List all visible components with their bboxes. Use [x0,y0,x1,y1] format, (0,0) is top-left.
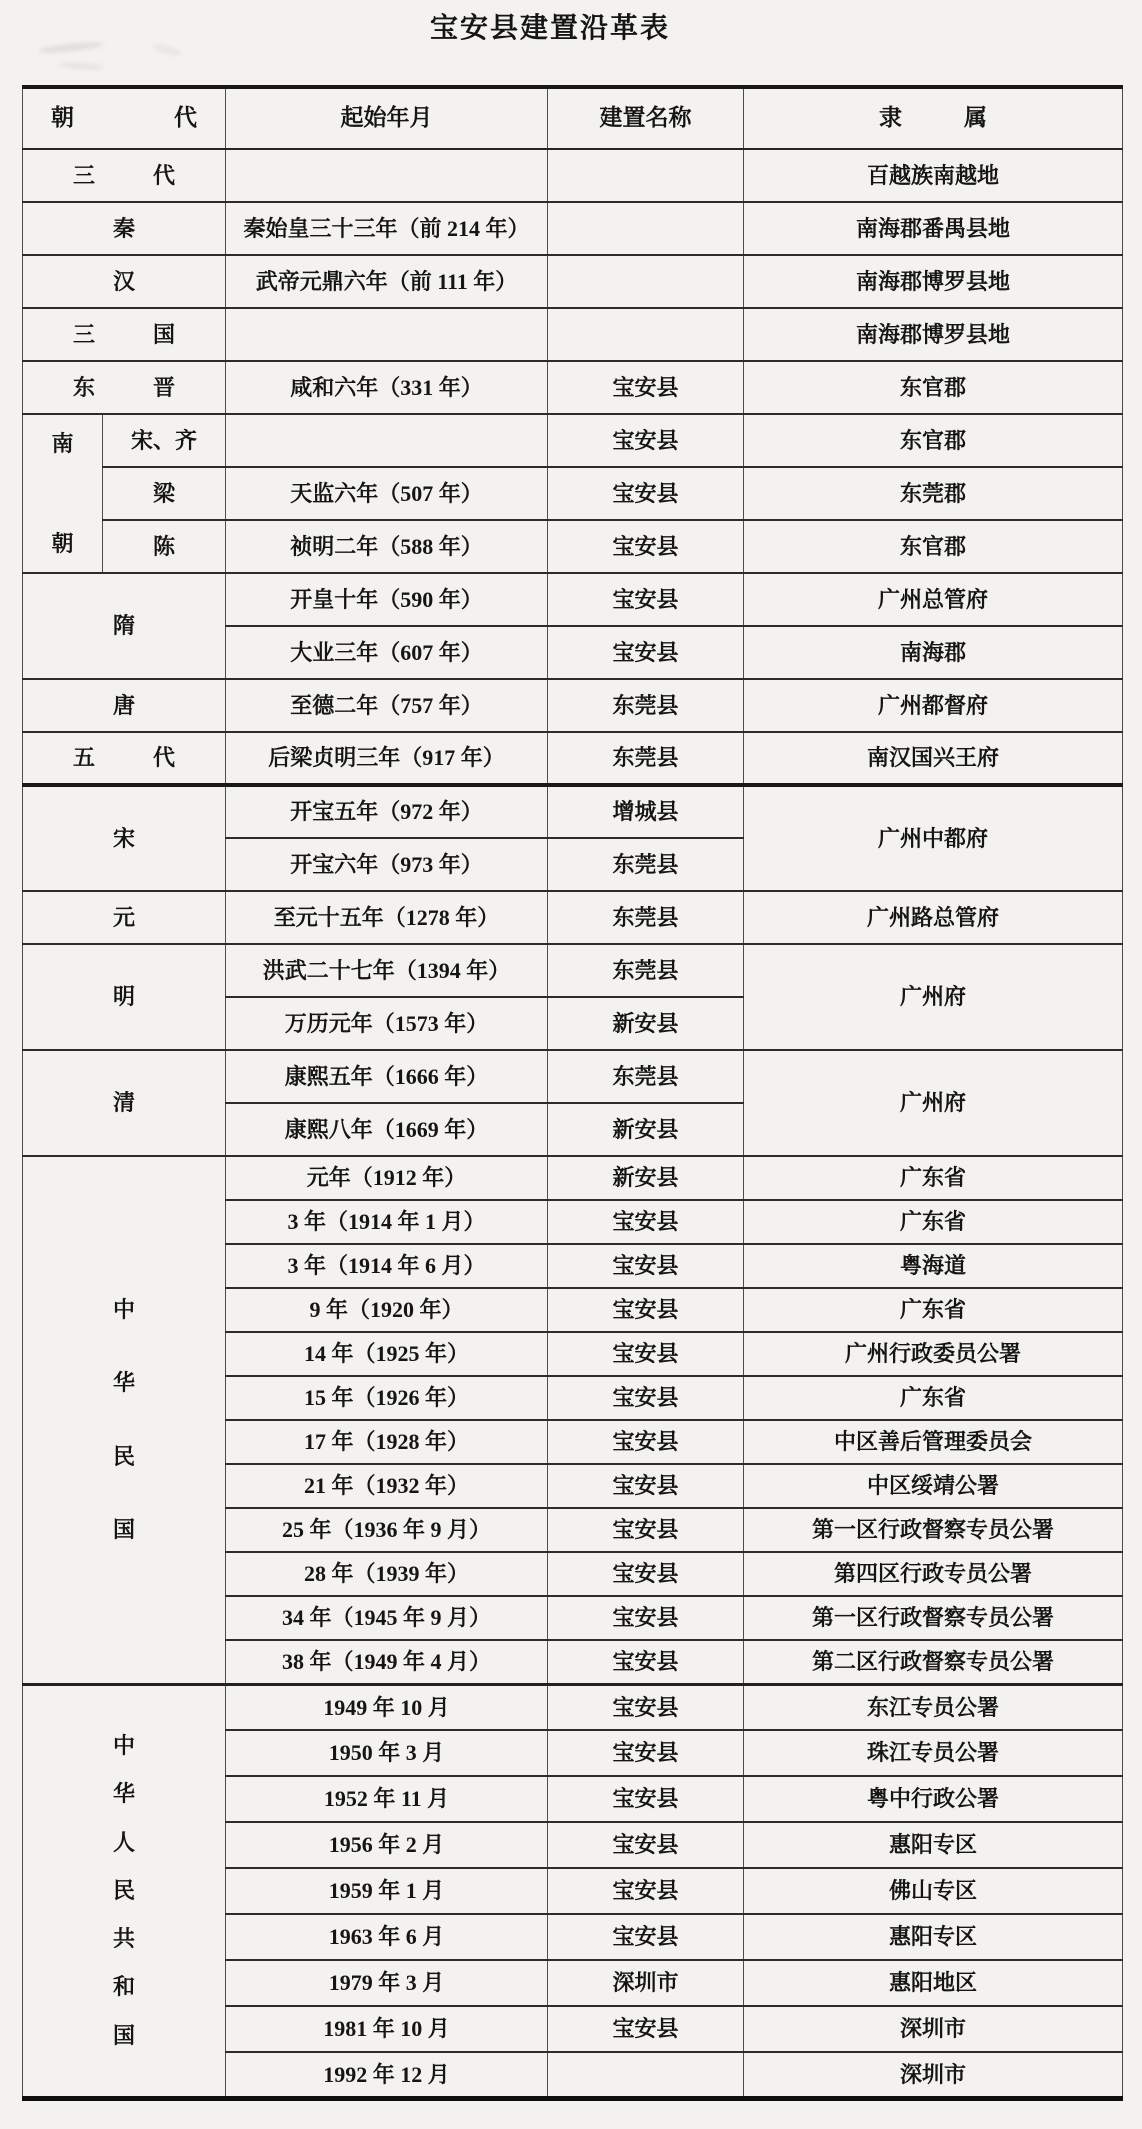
affiliation-cell: 东官郡 [744,414,1123,467]
dynasty-label: 三国 [73,322,175,347]
date-cell: 1956 年 2 月 [226,1822,548,1868]
page-title: 宝安县建置沿革表 [0,6,1100,46]
affiliation-cell: 惠阳地区 [744,1960,1123,2006]
affiliation-cell: 广州中都府 [744,785,1123,891]
dynasty-cell: 宋 [23,785,226,891]
name-cell: 宝安县 [548,467,744,520]
date-cell: 后梁贞明三年（917 年） [226,732,548,785]
name-cell: 东莞县 [548,732,744,785]
affiliation-cell: 东江专员公署 [744,1684,1123,1730]
col-header-dynasty-label: 朝代 [51,105,197,131]
date-cell: 万历元年（1573 年） [226,997,548,1050]
name-cell [548,202,744,255]
date-cell: 3 年（1914 年 6 月） [226,1244,548,1288]
affiliation-cell: 第二区行政督察专员公署 [744,1640,1123,1684]
name-cell: 宝安县 [548,1640,744,1684]
name-cell: 宝安县 [548,1200,744,1244]
affiliation-cell: 粤中行政公署 [744,1776,1123,1822]
name-cell: 增城县 [548,785,744,838]
header-row: 朝代 起始年月 建置名称 隶属 [23,87,1123,149]
dynasty-cell: 三代 [23,149,226,202]
date-cell: 14 年（1925 年） [226,1332,548,1376]
dynasty-cell: 汉 [23,255,226,308]
affiliation-cell: 百越族南越地 [744,149,1123,202]
affiliation-cell: 惠阳专区 [744,1914,1123,1960]
affiliation-cell: 佛山专区 [744,1868,1123,1914]
date-cell: 28 年（1939 年） [226,1552,548,1596]
dynasty-label: 南朝 [23,426,102,562]
name-cell [548,308,744,361]
dynasty-cell: 东晋 [23,361,226,414]
affiliation-cell: 深圳市 [744,2052,1123,2098]
affiliation-cell: 东莞郡 [744,467,1123,520]
table-row: 三国 南海郡博罗县地 [23,308,1123,361]
affiliation-cell: 广东省 [744,1156,1123,1200]
table-row: 中华人民共和国 1949 年 10 月 宝安县 东江专员公署 [23,1684,1123,1730]
date-cell: 9 年（1920 年） [226,1288,548,1332]
date-cell: 21 年（1932 年） [226,1464,548,1508]
affiliation-cell: 广州都督府 [744,679,1123,732]
date-cell [226,308,548,361]
table-row: 元 至元十五年（1278 年） 东莞县 广州路总管府 [23,891,1123,944]
affiliation-cell: 广州行政委员公署 [744,1332,1123,1376]
date-cell [226,149,548,202]
date-cell: 康熙八年（1669 年） [226,1103,548,1156]
date-cell: 1952 年 11 月 [226,1776,548,1822]
dynasty-cell: 南朝 [23,414,103,573]
name-cell: 宝安县 [548,1288,744,1332]
date-cell: 至德二年（757 年） [226,679,548,732]
date-cell: 1979 年 3 月 [226,1960,548,2006]
affiliation-cell: 广东省 [744,1288,1123,1332]
dynasty-label: 中华人民共和国 [23,1733,225,2048]
table-row: 秦 秦始皇三十三年（前 214 年） 南海郡番禺县地 [23,202,1123,255]
date-cell: 康熙五年（1666 年） [226,1050,548,1103]
date-cell: 25 年（1936 年 9 月） [226,1508,548,1552]
name-cell: 宝安县 [548,1420,744,1464]
affiliation-cell: 第四区行政专员公署 [744,1552,1123,1596]
name-cell: 宝安县 [548,520,744,573]
name-cell [548,149,744,202]
date-cell: 38 年（1949 年 4 月） [226,1640,548,1684]
date-cell: 1949 年 10 月 [226,1684,548,1730]
date-cell: 大业三年（607 年） [226,626,548,679]
date-cell: 1950 年 3 月 [226,1730,548,1776]
table-row: 三代 百越族南越地 [23,149,1123,202]
affiliation-cell: 广州路总管府 [744,891,1123,944]
name-cell: 宝安县 [548,1730,744,1776]
name-cell: 宝安县 [548,1684,744,1730]
name-cell: 宝安县 [548,1376,744,1420]
affiliation-cell: 惠阳专区 [744,1822,1123,1868]
dynasty-cell: 唐 [23,679,226,732]
era-cell: 梁 [103,467,226,520]
dynasty-cell: 秦 [23,202,226,255]
affiliation-cell: 珠江专员公署 [744,1730,1123,1776]
table-row: 东晋 咸和六年（331 年） 宝安县 东官郡 [23,361,1123,414]
name-cell: 宝安县 [548,361,744,414]
affiliation-cell: 第一区行政督察专员公署 [744,1596,1123,1640]
name-cell: 宝安县 [548,1776,744,1822]
affiliation-cell: 南海郡番禺县地 [744,202,1123,255]
date-cell: 开皇十年（590 年） [226,573,548,626]
date-cell: 秦始皇三十三年（前 214 年） [226,202,548,255]
affiliation-cell: 广州府 [744,944,1123,1050]
affiliation-cell: 南海郡 [744,626,1123,679]
affiliation-cell: 广东省 [744,1376,1123,1420]
col-header-dynasty: 朝代 [23,87,226,149]
name-cell: 新安县 [548,1156,744,1200]
name-cell: 宝安县 [548,1244,744,1288]
name-cell: 宝安县 [548,573,744,626]
dynasty-cell: 明 [23,944,226,1050]
affiliation-cell: 南海郡博罗县地 [744,255,1123,308]
name-cell: 东莞县 [548,1050,744,1103]
dynasty-label: 东晋 [73,375,175,400]
date-cell: 武帝元鼎六年（前 111 年） [226,255,548,308]
name-cell: 东莞县 [548,944,744,997]
pencil-smudge [58,61,104,70]
dynasty-cell: 五代 [23,732,226,785]
affiliation-cell: 广东省 [744,1200,1123,1244]
affiliation-cell: 粤海道 [744,1244,1123,1288]
date-cell: 3 年（1914 年 1 月） [226,1200,548,1244]
name-cell: 宝安县 [548,1552,744,1596]
affiliation-cell: 南海郡博罗县地 [744,308,1123,361]
table-row: 宋 开宝五年（972 年） 增城县 广州中都府 [23,785,1123,838]
dynasty-cell: 隋 [23,573,226,679]
table-row: 陈 祯明二年（588 年） 宝安县 东官郡 [23,520,1123,573]
date-cell: 开宝五年（972 年） [226,785,548,838]
date-cell: 1992 年 12 月 [226,2052,548,2098]
name-cell: 东莞县 [548,891,744,944]
name-cell: 宝安县 [548,2006,744,2052]
date-cell: 祯明二年（588 年） [226,520,548,573]
affiliation-cell: 东官郡 [744,361,1123,414]
affiliation-cell: 广州总管府 [744,573,1123,626]
date-cell: 15 年（1926 年） [226,1376,548,1420]
table-row: 汉 武帝元鼎六年（前 111 年） 南海郡博罗县地 [23,255,1123,308]
name-cell: 东莞县 [548,838,744,891]
date-cell: 咸和六年（331 年） [226,361,548,414]
date-cell: 1959 年 1 月 [226,1868,548,1914]
era-cell: 宋、齐 [103,414,226,467]
dynasty-cell: 三国 [23,308,226,361]
affiliation-cell: 中区善后管理委员会 [744,1420,1123,1464]
name-cell: 新安县 [548,1103,744,1156]
name-cell [548,255,744,308]
dynasty-cell: 清 [23,1050,226,1156]
affiliation-cell: 广州府 [744,1050,1123,1156]
table-row: 清 康熙五年（1666 年） 东莞县 广州府 [23,1050,1123,1103]
name-cell: 宝安县 [548,1332,744,1376]
table-row: 南朝 宋、齐 宝安县 东官郡 [23,414,1123,467]
dynasty-cell: 中华人民共和国 [23,1684,226,2098]
col-header-affiliation: 隶属 [744,87,1123,149]
name-cell: 宝安县 [548,414,744,467]
name-cell: 深圳市 [548,1960,744,2006]
date-cell: 34 年（1945 年 9 月） [226,1596,548,1640]
dynasty-label: 五代 [73,745,175,770]
dynasty-cell: 元 [23,891,226,944]
date-cell: 1963 年 6 月 [226,1914,548,1960]
col-header-name: 建置名称 [548,87,744,149]
name-cell: 宝安县 [548,1868,744,1914]
date-cell: 至元十五年（1278 年） [226,891,548,944]
name-cell: 宝安县 [548,626,744,679]
affiliation-cell: 深圳市 [744,2006,1123,2052]
history-table: 朝代 起始年月 建置名称 隶属 三代 百越族南越地 秦 秦始皇三十三年（前 21… [22,85,1123,2101]
scanned-page: { "title": "宝安县建置沿革表", "table": { "heade… [0,0,1142,2129]
date-cell: 17 年（1928 年） [226,1420,548,1464]
affiliation-cell: 中区绥靖公署 [744,1464,1123,1508]
affiliation-cell: 南汉国兴王府 [744,732,1123,785]
table-row: 隋 开皇十年（590 年） 宝安县 广州总管府 [23,573,1123,626]
table-row: 唐 至德二年（757 年） 东莞县 广州都督府 [23,679,1123,732]
col-header-affiliation-label: 隶属 [879,105,987,131]
name-cell: 东莞县 [548,679,744,732]
date-cell: 天监六年（507 年） [226,467,548,520]
date-cell: 开宝六年（973 年） [226,838,548,891]
dynasty-label: 中华民国 [23,1297,225,1542]
name-cell [548,2052,744,2098]
name-cell: 宝安县 [548,1508,744,1552]
date-cell: 元年（1912 年） [226,1156,548,1200]
dynasty-label: 三代 [73,163,175,188]
col-header-date: 起始年月 [226,87,548,149]
affiliation-cell: 东官郡 [744,520,1123,573]
table-row: 明 洪武二十七年（1394 年） 东莞县 广州府 [23,944,1123,997]
name-cell: 宝安县 [548,1464,744,1508]
name-cell: 宝安县 [548,1596,744,1640]
table-row: 梁 天监六年（507 年） 宝安县 东莞郡 [23,467,1123,520]
date-cell [226,414,548,467]
dynasty-cell: 中华民国 [23,1156,226,1684]
name-cell: 宝安县 [548,1822,744,1868]
name-cell: 宝安县 [548,1914,744,1960]
name-cell: 新安县 [548,997,744,1050]
table-row: 中华民国 元年（1912 年） 新安县 广东省 [23,1156,1123,1200]
date-cell: 1981 年 10 月 [226,2006,548,2052]
affiliation-cell: 第一区行政督察专员公署 [744,1508,1123,1552]
table-row: 五代 后梁贞明三年（917 年） 东莞县 南汉国兴王府 [23,732,1123,785]
era-cell: 陈 [103,520,226,573]
date-cell: 洪武二十七年（1394 年） [226,944,548,997]
